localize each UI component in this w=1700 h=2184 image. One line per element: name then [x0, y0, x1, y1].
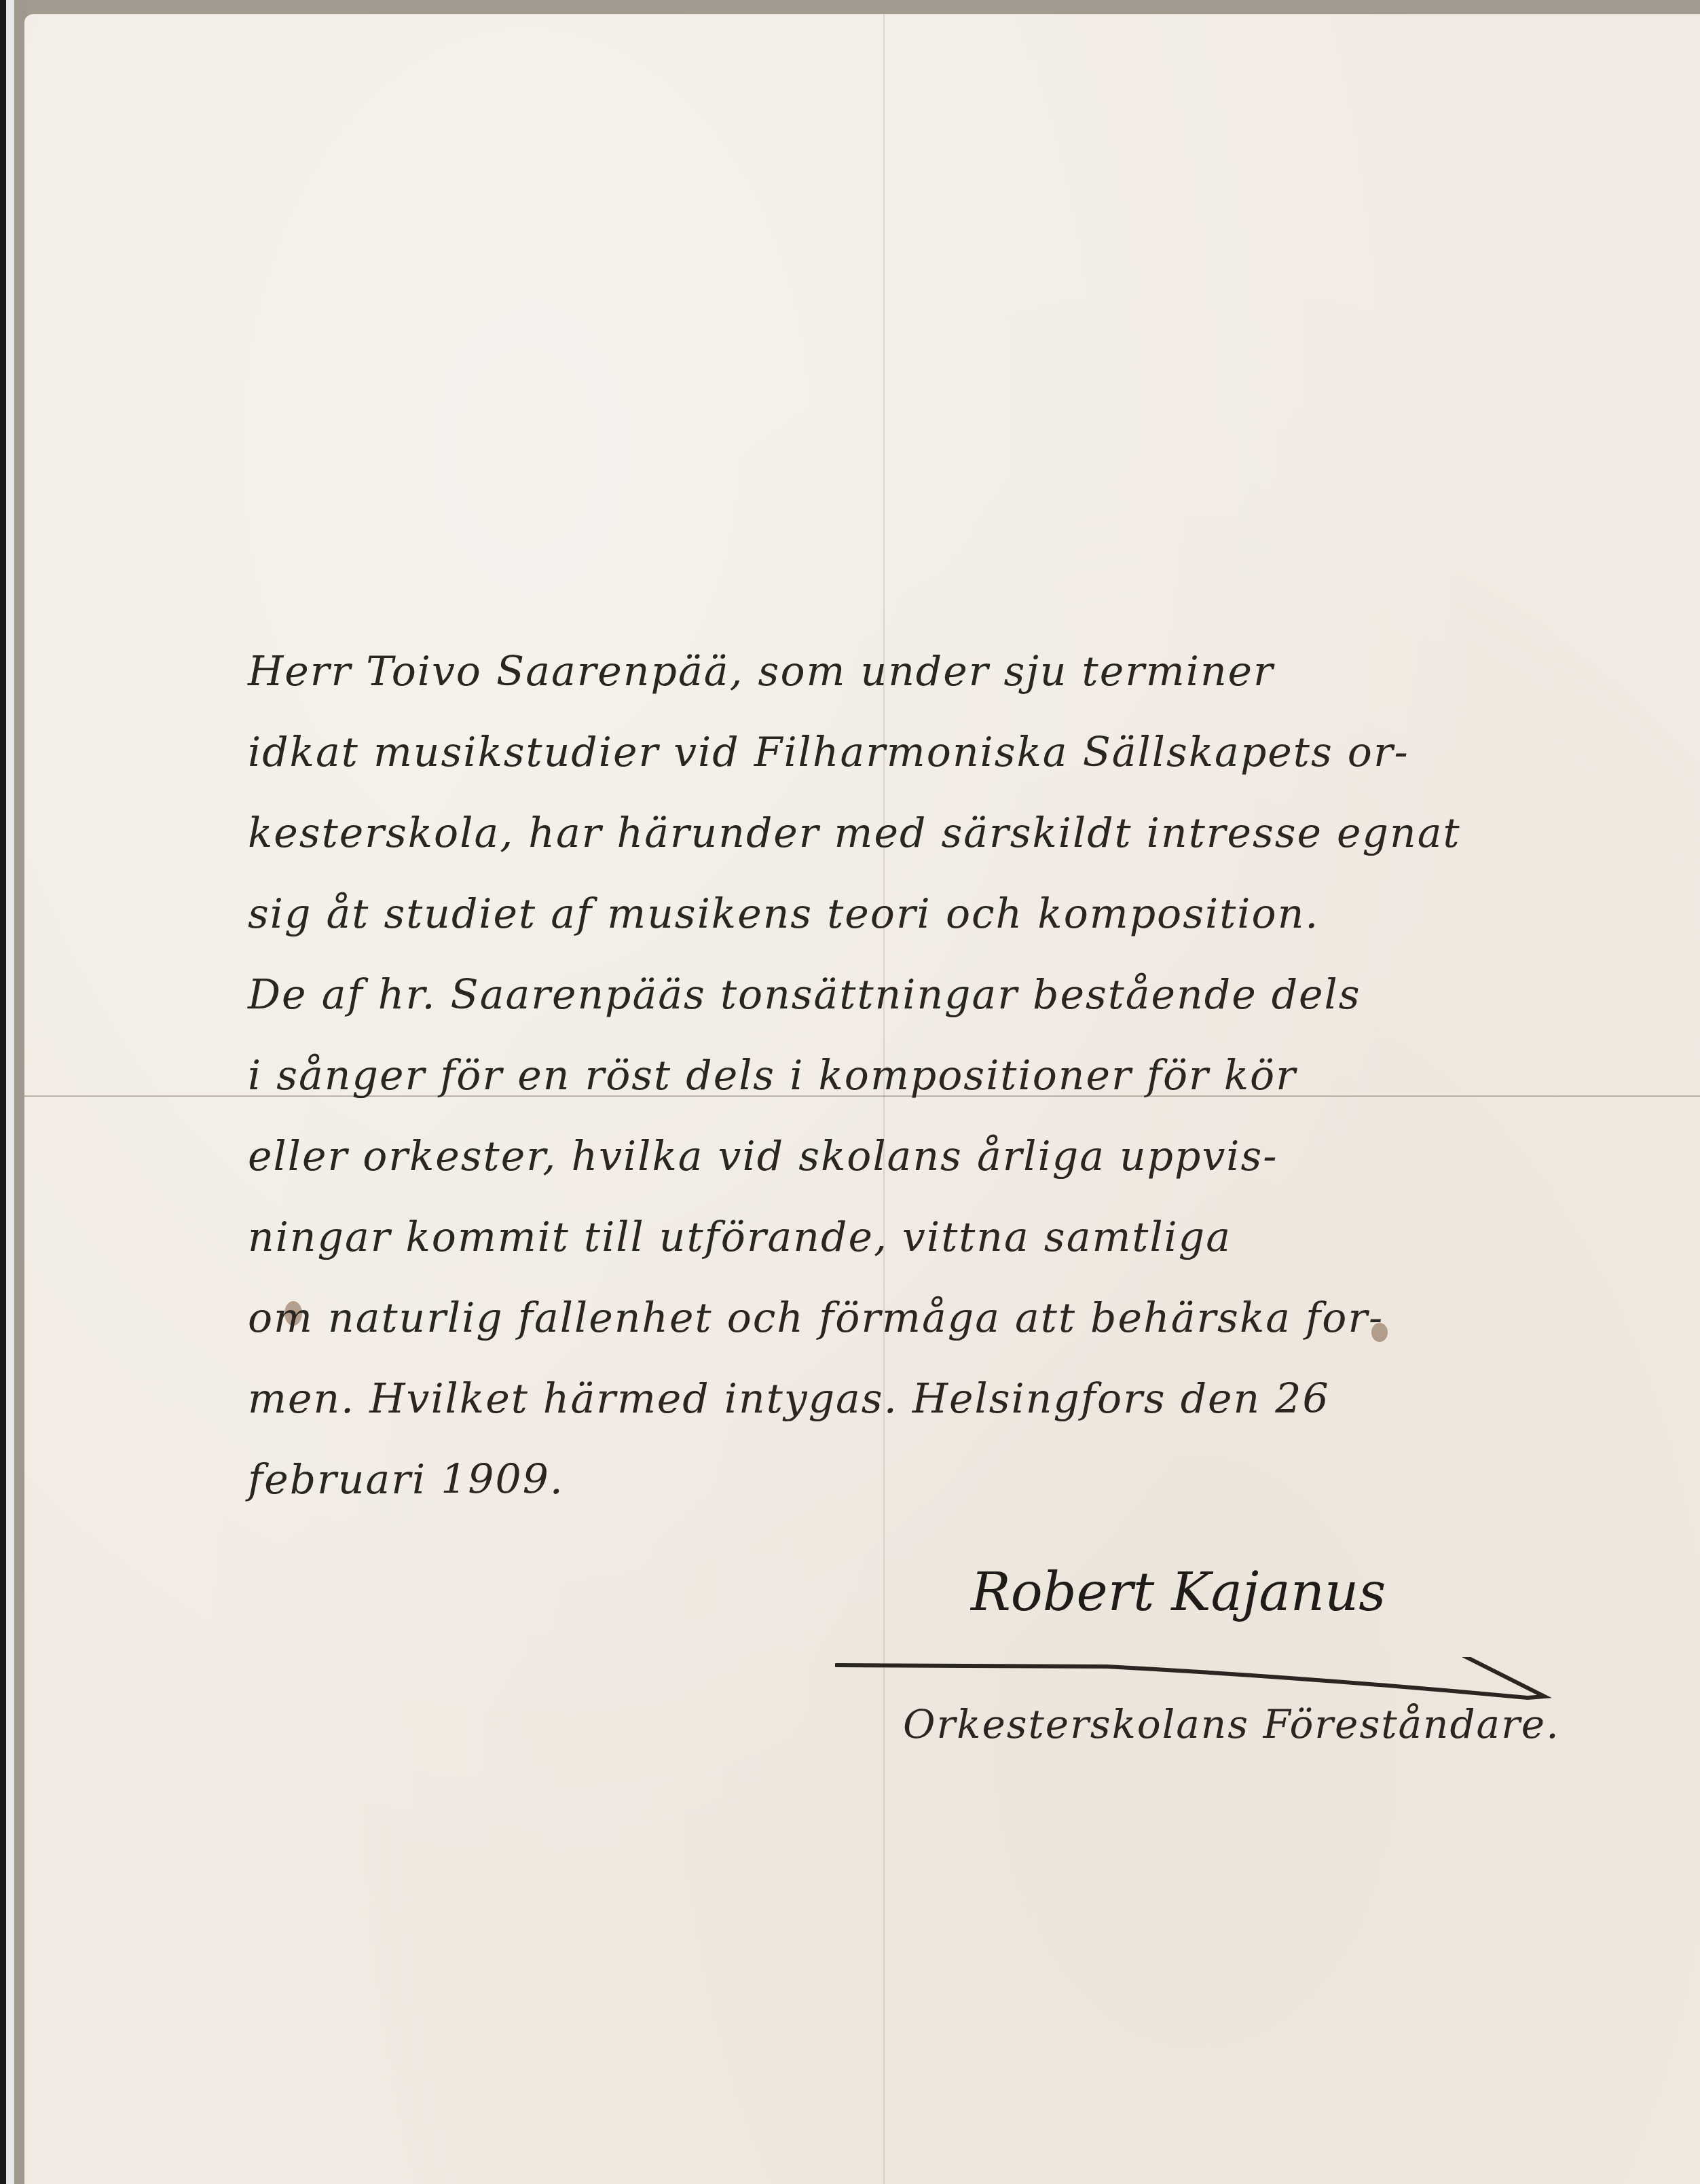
body-line: i sånger för en röst dels i kompositione…	[248, 1036, 1660, 1116]
scan-edge-white	[6, 0, 14, 2184]
signature-flourish	[835, 1657, 1562, 1705]
signature: Robert Kajanus	[971, 1562, 1386, 1623]
body-line: ningar kommit till utförande, vittna sam…	[248, 1197, 1660, 1278]
signatory-title: Orkesterskolans Föreståndare.	[903, 1701, 1560, 1747]
body-line: De af hr. Saarenpääs tonsättningar bestå…	[248, 955, 1660, 1036]
body-line: men. Hvilket härmed intygas. Helsingfors…	[248, 1359, 1660, 1440]
body-line: februari 1909.	[248, 1440, 1660, 1521]
body-line: om naturlig fallenhet och förmåga att be…	[248, 1278, 1660, 1359]
mount-top-band	[14, 0, 1700, 15]
letter-body: Herr Toivo Saarenpää, som under sju term…	[248, 632, 1660, 1521]
body-line: kesterskola, har härunder med särskildt …	[248, 793, 1660, 874]
body-line: eller orkester, hvilka vid skolans årlig…	[248, 1116, 1660, 1197]
scan-edge-black	[0, 0, 6, 2184]
body-line: Herr Toivo Saarenpää, som under sju term…	[248, 632, 1660, 712]
body-line: sig åt studiet af musikens teori och kom…	[248, 874, 1660, 955]
body-line: idkat musikstudier vid Filharmoniska Säl…	[248, 712, 1660, 793]
